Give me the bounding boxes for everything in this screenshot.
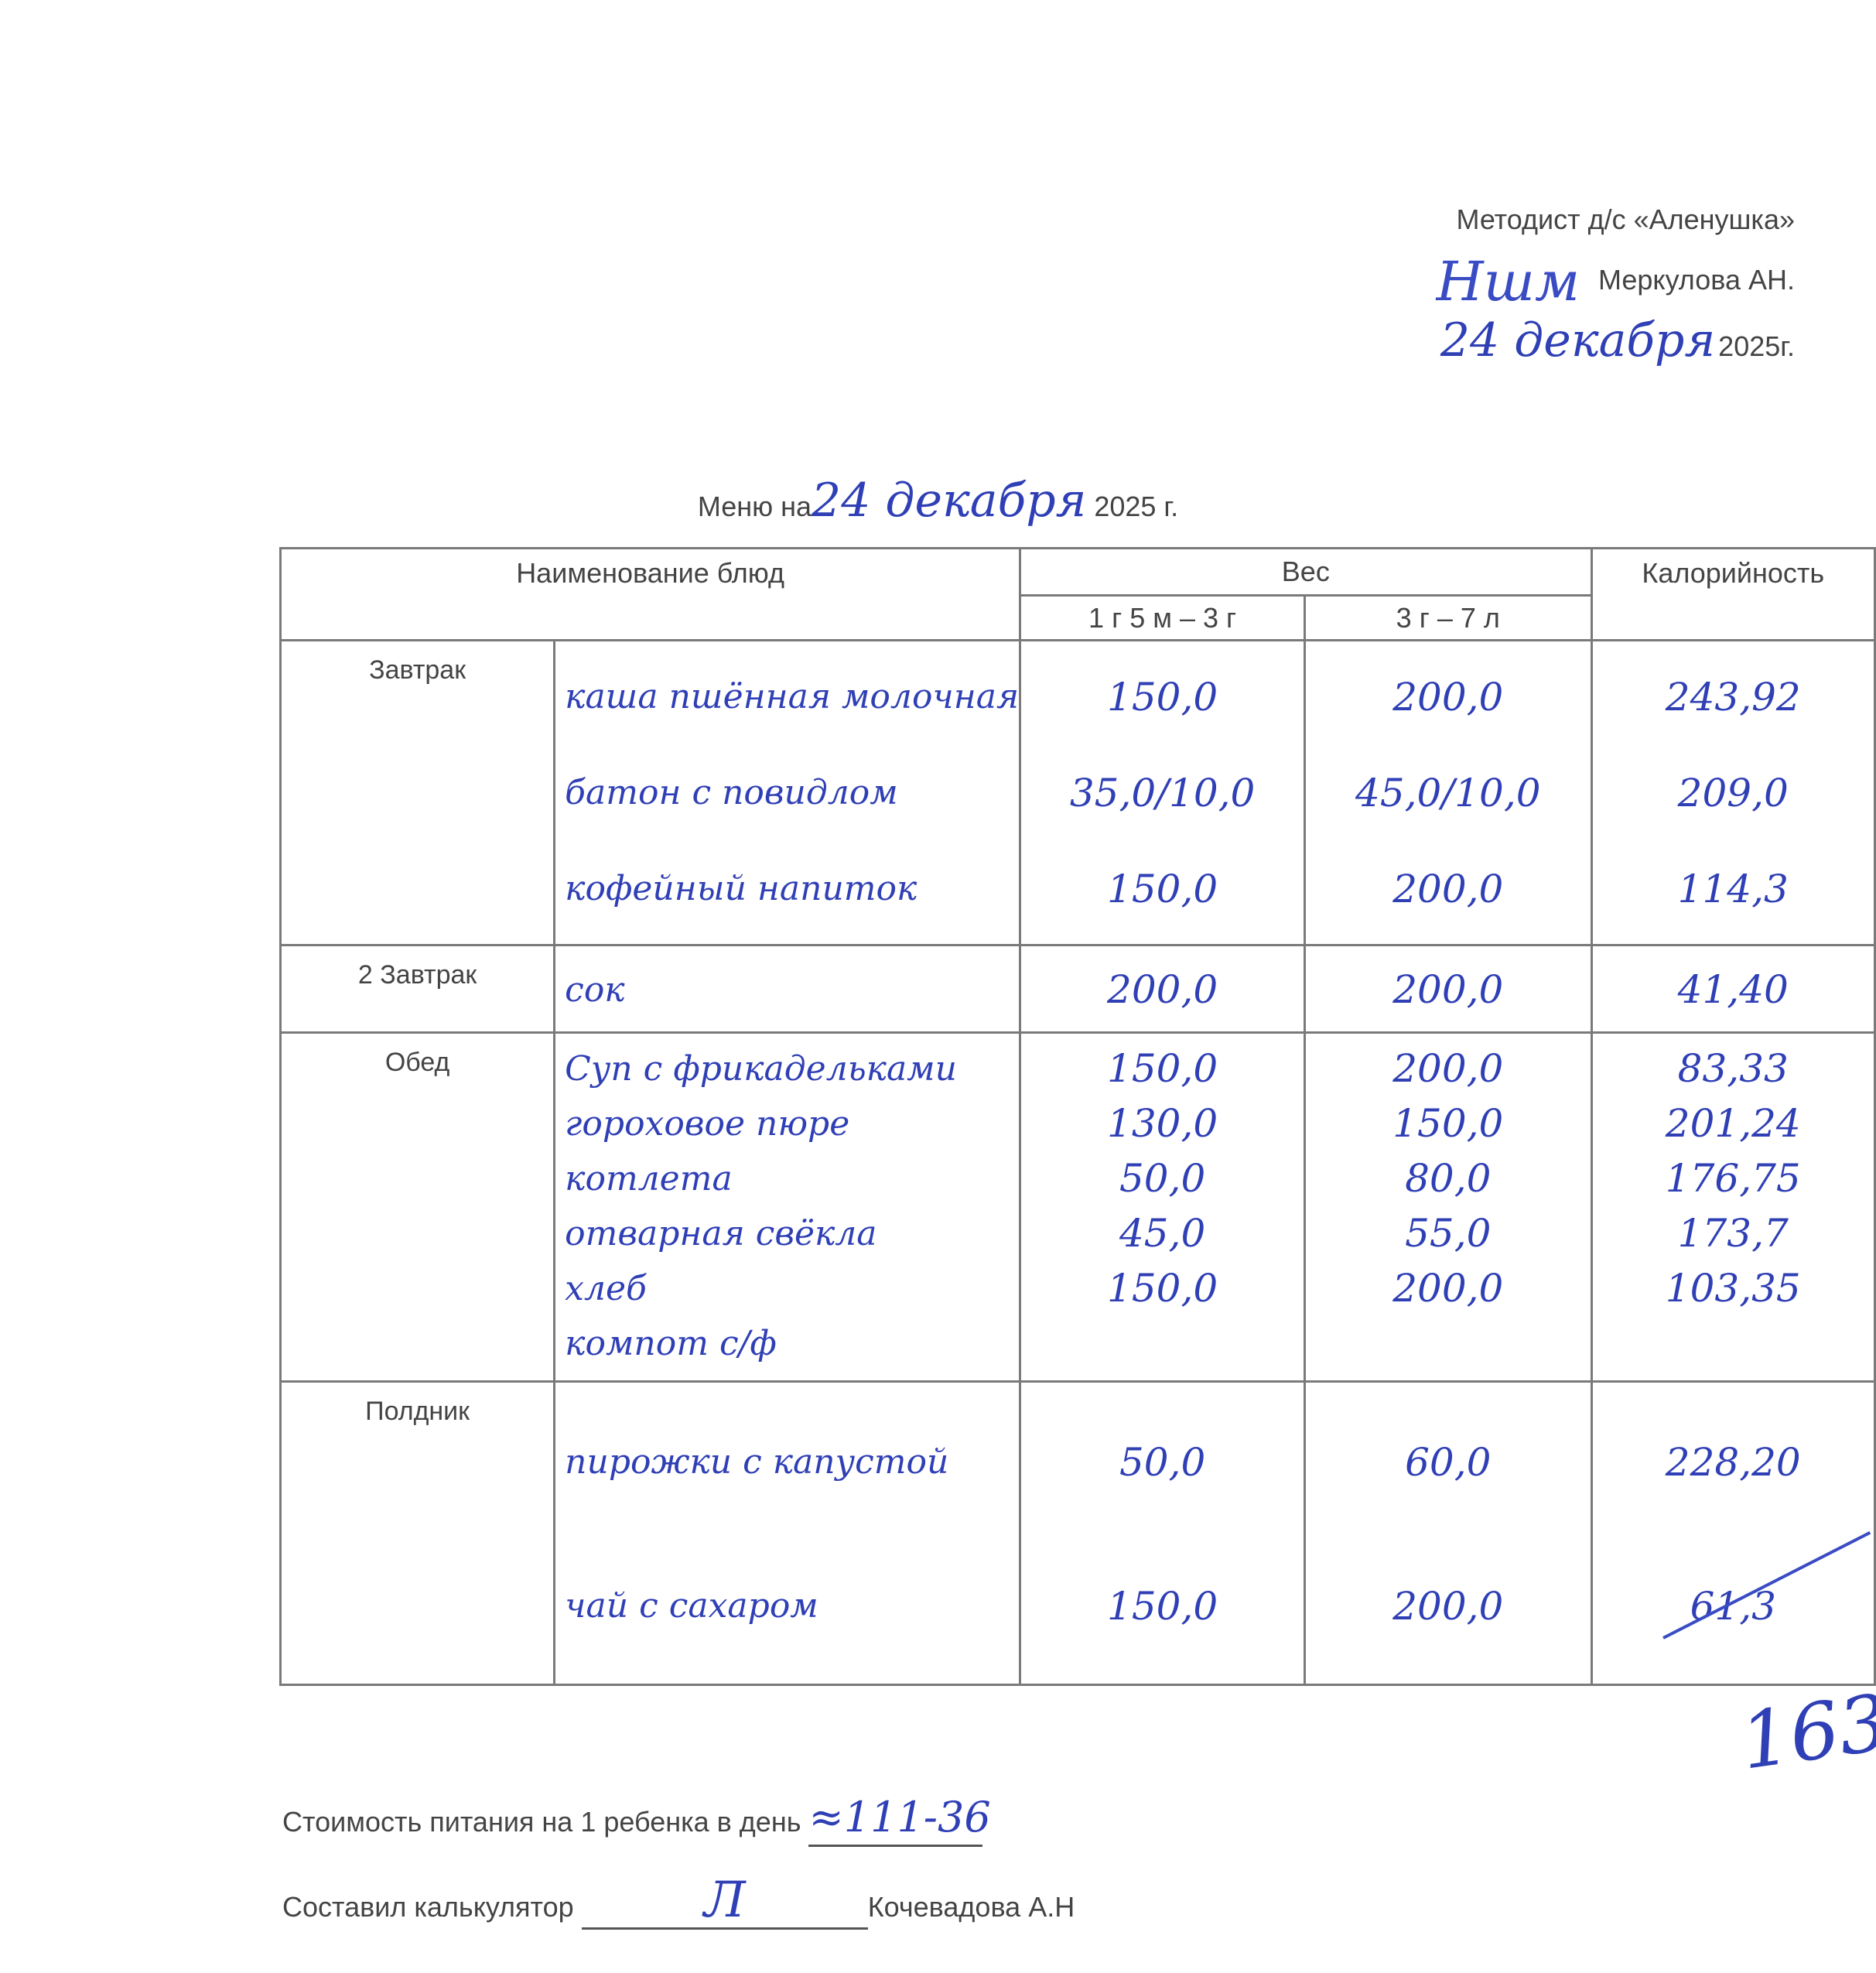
header-weight-age2: 3 г – 7 л xyxy=(1305,596,1591,641)
weight-value xyxy=(1021,1316,1304,1371)
calories-cell: 83,33201,24176,75173,7103,35 xyxy=(1591,1033,1875,1382)
cost-label: Стоимость питания на 1 ребенка в день xyxy=(282,1806,801,1838)
approval-date-handwritten: 24 декабря xyxy=(1440,313,1715,368)
header-weight-age1: 1 г 5 м – 3 г xyxy=(1020,596,1305,641)
dish-name: гороховое пюре xyxy=(555,1096,1019,1151)
page-number: 163 xyxy=(1735,1677,1876,1787)
calories-value: 201,24 xyxy=(1593,1096,1874,1151)
weight-value: 150,0 xyxy=(1021,1041,1304,1096)
header-calories: Калорийность xyxy=(1591,549,1875,641)
calories-value: 103,35 xyxy=(1593,1261,1874,1316)
calories-cell: 243,92209,0114,3 xyxy=(1591,641,1875,945)
dish-name: котлета xyxy=(555,1151,1019,1206)
calories-cell: 41,40 xyxy=(1591,945,1875,1033)
dish-cell: пирожки с капустойчай с сахаром xyxy=(555,1382,1020,1685)
calories-value: 209,0 xyxy=(1593,745,1874,841)
meal-name-cell: Полдник xyxy=(281,1382,555,1685)
weight-value: 200,0 xyxy=(1021,954,1304,1026)
calories-value xyxy=(1593,1316,1874,1371)
dish-name: сок xyxy=(555,954,1019,1026)
header-weight: Вес xyxy=(1020,549,1591,596)
dish-name: пирожки с капустой xyxy=(555,1390,1019,1534)
calories-value: 41,40 xyxy=(1593,954,1874,1026)
weight-value: 150,0 xyxy=(1021,1534,1304,1678)
weight-value: 45,0/10,0 xyxy=(1306,745,1590,841)
dish-cell: Суп с фрикаделькамигороховое пюрекотлета… xyxy=(555,1033,1020,1382)
meal-row: ОбедСуп с фрикаделькамигороховое пюрекот… xyxy=(281,1033,1875,1382)
approver-signature: Ншм xyxy=(1437,251,1580,312)
weight-value: 150,0 xyxy=(1021,841,1304,937)
weight-value: 150,0 xyxy=(1021,649,1304,745)
page-title: Меню на24 декабря 2025 г. xyxy=(0,474,1876,528)
weight-value: 60,0 xyxy=(1306,1390,1590,1534)
meal-row: Полдникпирожки с капустойчай с сахаром50… xyxy=(281,1382,1875,1685)
weight-value: 55,0 xyxy=(1306,1206,1590,1261)
weight-value: 200,0 xyxy=(1306,1534,1590,1678)
meal-name: Завтрак xyxy=(282,641,553,686)
dish-name: компот с/ф xyxy=(555,1316,1019,1371)
header-dish: Наименование блюд xyxy=(281,549,1020,641)
weight-value: 150,0 xyxy=(1021,1261,1304,1316)
meal-row: 2 Завтраксок200,0200,041,40 xyxy=(281,945,1875,1033)
calories-value: 176,75 xyxy=(1593,1151,1874,1206)
weight-age2-cell: 200,0 xyxy=(1305,945,1591,1033)
weight-value: 45,0 xyxy=(1021,1206,1304,1261)
dish-cell: каша пшённая молочнаябатон с повидломкоф… xyxy=(555,641,1020,945)
calories-value: 228,20 xyxy=(1593,1390,1874,1534)
dish-name: кофейный напиток xyxy=(555,841,1019,937)
weight-value: 80,0 xyxy=(1306,1151,1590,1206)
weight-value xyxy=(1306,1316,1590,1371)
title-suffix: 2025 г. xyxy=(1094,491,1178,522)
weight-value: 130,0 xyxy=(1021,1096,1304,1151)
calories-value: 243,92 xyxy=(1593,649,1874,745)
weight-value: 200,0 xyxy=(1306,954,1590,1026)
weight-value: 35,0/10,0 xyxy=(1021,745,1304,841)
calories-value: 61,3 xyxy=(1593,1534,1874,1678)
approval-year: 2025г. xyxy=(1718,330,1795,362)
approval-block: Методист д/с «Аленушка» Ншм Меркулова АН… xyxy=(1253,190,1795,371)
weight-value: 50,0 xyxy=(1021,1151,1304,1206)
weight-value: 50,0 xyxy=(1021,1390,1304,1534)
weight-age1-cell: 50,0150,0 xyxy=(1020,1382,1305,1685)
weight-value: 200,0 xyxy=(1306,841,1590,937)
weight-age1-cell: 150,0130,050,045,0150,0 xyxy=(1020,1033,1305,1382)
compiled-row: Составил калькулятор ЛКочевадова А.Н xyxy=(282,1865,1075,1950)
weight-age2-cell: 200,045,0/10,0200,0 xyxy=(1305,641,1591,945)
meal-name: Обед xyxy=(282,1034,553,1078)
compiled-label: Составил калькулятор xyxy=(282,1891,574,1923)
menu-table: Наименование блюд Вес Калорийность 1 г 5… xyxy=(279,547,1876,1686)
weight-value: 200,0 xyxy=(1306,1261,1590,1316)
weight-value: 150,0 xyxy=(1306,1096,1590,1151)
meal-name-cell: Обед xyxy=(281,1033,555,1382)
dish-name: батон с повидлом xyxy=(555,745,1019,841)
meal-name: Полдник xyxy=(282,1383,553,1427)
calories-value: 114,3 xyxy=(1593,841,1874,937)
dish-name: чай с сахаром xyxy=(555,1534,1019,1678)
dish-name: отварная свёкла xyxy=(555,1206,1019,1261)
calories-cell: 228,2061,3 xyxy=(1591,1382,1875,1685)
weight-value: 200,0 xyxy=(1306,1041,1590,1096)
meal-name-cell: Завтрак xyxy=(281,641,555,945)
weight-age2-cell: 200,0150,080,055,0200,0 xyxy=(1305,1033,1591,1382)
dish-name: каша пшённая молочная xyxy=(555,649,1019,745)
dish-name: хлеб xyxy=(555,1261,1019,1316)
cost-row: Стоимость питания на 1 ребенка в день ≈1… xyxy=(282,1780,1075,1865)
dish-cell: сок xyxy=(555,945,1020,1033)
compiled-name: Кочевадова А.Н xyxy=(868,1891,1075,1923)
approver-position: Методист д/с «Аленушка» xyxy=(1253,190,1795,250)
meal-row: Завтраккаша пшённая молочнаябатон с пови… xyxy=(281,641,1875,945)
weight-age2-cell: 60,0200,0 xyxy=(1305,1382,1591,1685)
meal-name-cell: 2 Завтрак xyxy=(281,945,555,1033)
compiled-signature: Л xyxy=(582,1873,868,1930)
weight-value: 200,0 xyxy=(1306,649,1590,745)
calories-value: 173,7 xyxy=(1593,1206,1874,1261)
dish-name: Суп с фрикадельками xyxy=(555,1041,1019,1096)
cost-value: ≈111-36 xyxy=(808,1790,982,1847)
title-prefix: Меню на xyxy=(698,491,812,522)
approver-name: Меркулова АН. xyxy=(1598,264,1795,296)
meal-name: 2 Завтрак xyxy=(282,946,553,990)
calories-value: 83,33 xyxy=(1593,1041,1874,1096)
footer: Стоимость питания на 1 ребенка в день ≈1… xyxy=(282,1780,1075,1950)
weight-age1-cell: 150,035,0/10,0150,0 xyxy=(1020,641,1305,945)
weight-age1-cell: 200,0 xyxy=(1020,945,1305,1033)
title-date-handwritten: 24 декабря xyxy=(812,474,1086,528)
